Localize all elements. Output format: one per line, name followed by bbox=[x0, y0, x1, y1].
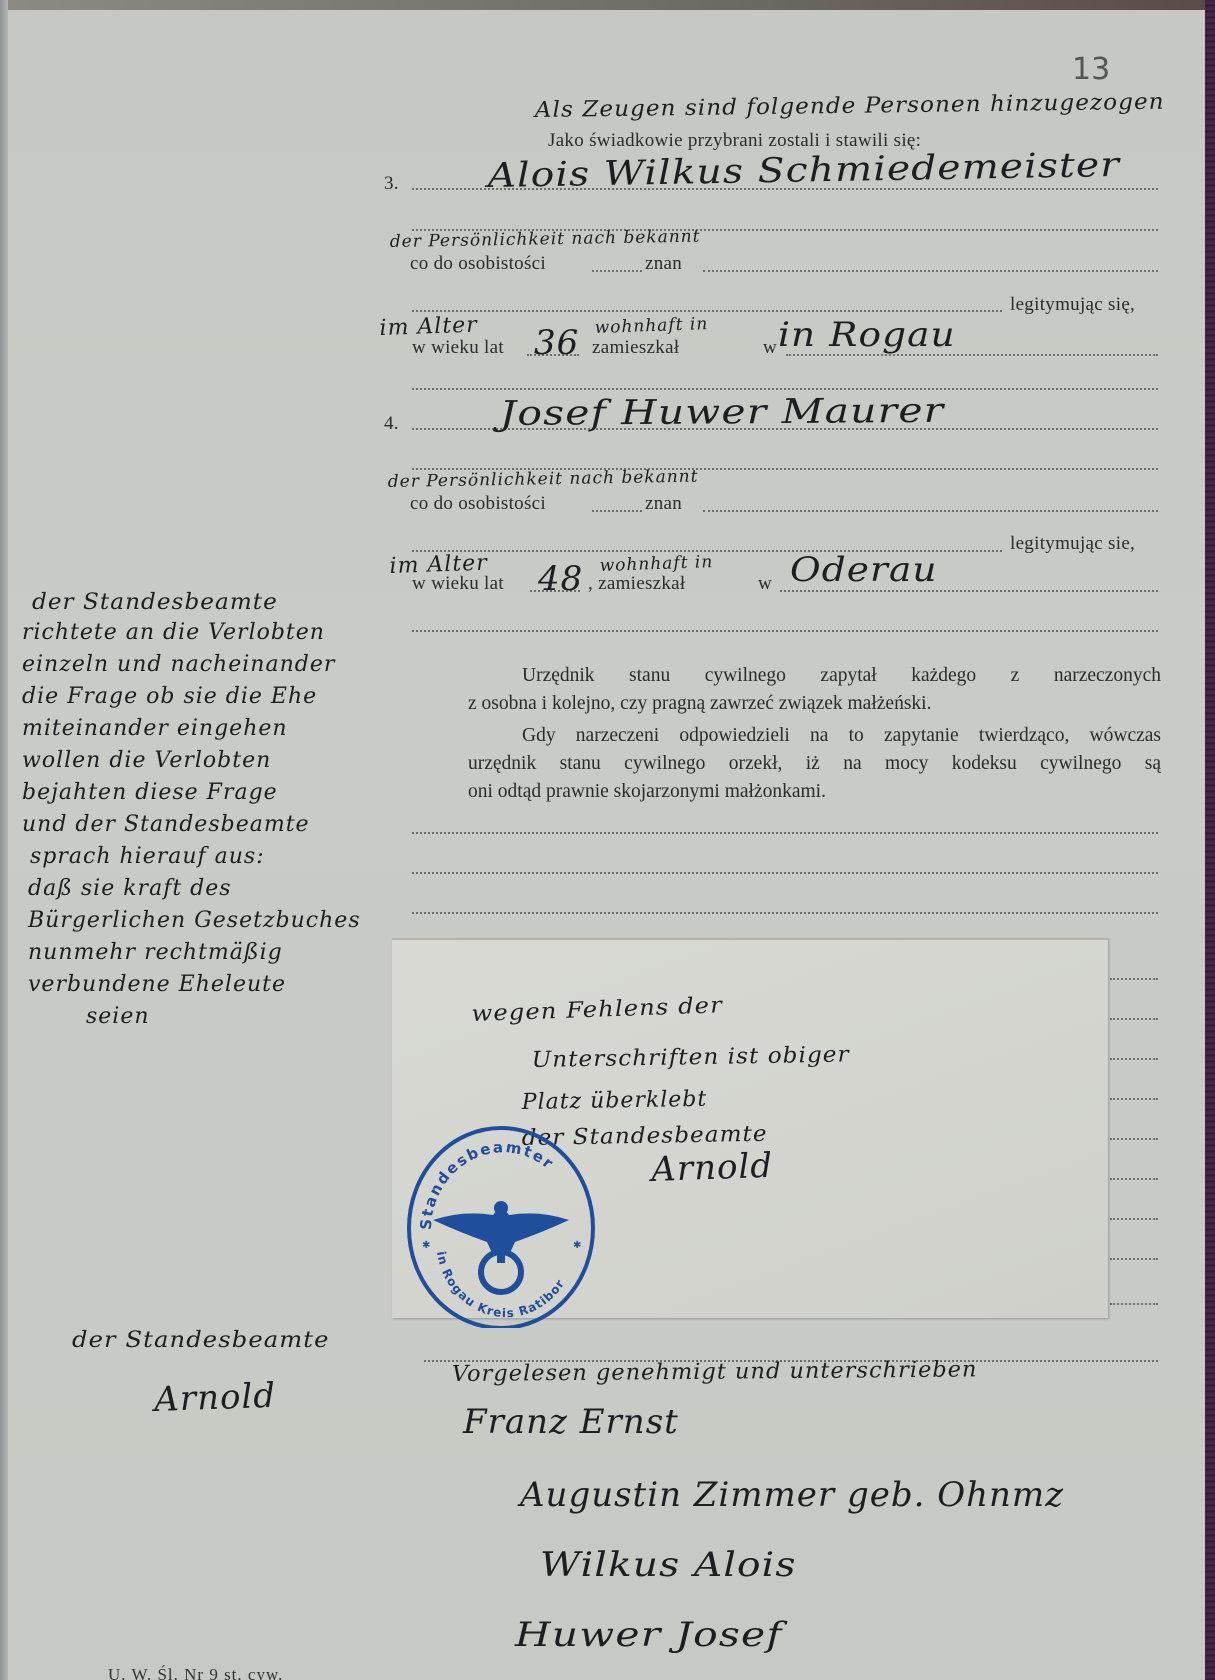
witness-3-place: in Rogau bbox=[778, 315, 956, 355]
page-top-edge bbox=[0, 0, 1215, 10]
witness-3-number: 3. bbox=[384, 173, 399, 195]
blank-line bbox=[1110, 1138, 1158, 1140]
paragraph-line: Gdy narzeczeni odpowiedzieli na to zapyt… bbox=[468, 722, 1161, 750]
paragraph-line: Urzędnik stanu cywilnego zapytał każdego… bbox=[468, 662, 1161, 690]
margin-note-line: bejahten diese Frage bbox=[22, 780, 278, 805]
witness-3-identity-label: co do osobistości bbox=[410, 253, 546, 275]
paragraph-line: oni odtąd prawnie skojarzonymi małżonkam… bbox=[468, 778, 1161, 806]
witness-4-identity-label: co do osobistości bbox=[410, 493, 546, 515]
margin-note-line: die Frage ob sie die Ehe bbox=[22, 684, 317, 709]
official-title: der Standesbeamte bbox=[72, 1328, 330, 1353]
register-page: 13 Als Zeugen sind folgende Personen hin… bbox=[0, 10, 1207, 1680]
blank-line bbox=[1110, 1218, 1158, 1220]
witness-3-in-label: w bbox=[763, 337, 777, 359]
margin-note-line: und der Standesbeamte bbox=[22, 812, 310, 837]
printed-paragraph-2: Gdy narzeczeni odpowiedzieli na to zapyt… bbox=[468, 722, 1161, 806]
paragraph-line: urzędnik stanu cywilnego orzekł, iż na m… bbox=[468, 750, 1161, 778]
blank-line bbox=[412, 872, 1158, 874]
witness-3-residence-handwritten: wohnhaft in bbox=[594, 314, 708, 338]
printed-paragraph-1: Urzędnik stanu cywilnego zapytał każdego… bbox=[468, 662, 1161, 718]
svg-text:✱: ✱ bbox=[422, 1240, 430, 1251]
book-binding bbox=[1205, 0, 1215, 1680]
slip-line: Platz überklebt bbox=[522, 1087, 708, 1115]
margin-note-line: daß sie kraft des bbox=[28, 876, 232, 901]
read-approved-note: Vorgelesen genehmigt und unterschrieben bbox=[452, 1357, 978, 1387]
signature-1: Franz Ernst bbox=[463, 1402, 679, 1442]
signature-2: Augustin Zimmer geb. Ohnmz bbox=[520, 1475, 1064, 1515]
witness-4-in-label: w bbox=[758, 573, 772, 595]
slip-line: Unterschriften ist obiger bbox=[532, 1042, 850, 1073]
margin-note-line: einzeln und nacheinander bbox=[22, 652, 335, 677]
witness-4-age-label: w wieku lat bbox=[412, 573, 504, 595]
witness-4-identity-dots bbox=[592, 510, 642, 512]
witness-4-end-line bbox=[412, 630, 1158, 632]
witness-4-number: 4. bbox=[384, 413, 399, 435]
margin-note-line: miteinander eingehen bbox=[22, 716, 288, 741]
blank-line bbox=[412, 832, 1158, 834]
witness-4-place: Oderau bbox=[790, 550, 938, 590]
svg-text:✱: ✱ bbox=[573, 1240, 581, 1251]
witness-4-age-value: 48 bbox=[538, 559, 583, 599]
witness-3-identity-dots bbox=[592, 270, 642, 272]
blank-line bbox=[1110, 1303, 1158, 1305]
witness-3-known-label: znan bbox=[645, 253, 682, 275]
blank-line bbox=[1110, 1058, 1158, 1060]
official-stamp: Standesbeamter in Rogau Kreis Ratibor ✱ … bbox=[403, 1120, 599, 1328]
witness-3-age-value: 36 bbox=[534, 323, 579, 363]
form-code: U. W. Śl. Nr 9 st. cyw. bbox=[108, 1665, 283, 1680]
blank-line bbox=[1110, 1018, 1158, 1020]
witness-3-residence-label: zamieszkał bbox=[592, 337, 679, 359]
margin-note-line: richtete an die Verlobten bbox=[22, 620, 325, 645]
signature-3: Wilkus Alois bbox=[540, 1545, 797, 1585]
witness-4-legit-label: legitymując sie, bbox=[1010, 533, 1135, 555]
margin-note-line: Bürgerlichen Gesetzbuches bbox=[28, 908, 361, 933]
witness-3-identity-handwritten: der Persönlichkeit nach bekannt bbox=[390, 227, 701, 252]
margin-note-line: verbundene Eheleute bbox=[28, 972, 286, 997]
witness-4-place-line bbox=[780, 590, 1158, 592]
paragraph-line: z osobna i kolejno, czy pragną zawrzeć z… bbox=[468, 690, 1161, 718]
margin-note-line: sprach hierauf aus: bbox=[30, 844, 265, 869]
margin-note-line: wollen die Verlobten bbox=[22, 748, 271, 773]
margin-note-line: nunmehr rechtmäßig bbox=[28, 940, 283, 965]
header-handwritten-german: Als Zeugen sind folgende Personen hinzug… bbox=[535, 90, 1165, 123]
witness-3-legit-line bbox=[412, 310, 1002, 312]
blank-line bbox=[1110, 1178, 1158, 1180]
witness-4-name: Josef Huwer Maurer bbox=[500, 391, 945, 434]
blank-line bbox=[1110, 1098, 1158, 1100]
left-page-edge bbox=[0, 0, 8, 1680]
margin-note-line: seien bbox=[86, 1004, 150, 1029]
witness-3-end-line bbox=[412, 388, 1158, 390]
margin-note-line: der Standesbeamte bbox=[32, 590, 278, 615]
witness-4-known-label: znan bbox=[645, 493, 682, 515]
witness-4-identity-line bbox=[703, 510, 1158, 512]
witness-3-legit-label: legitymując się, bbox=[1010, 294, 1135, 316]
blank-line bbox=[1110, 978, 1158, 980]
page-number: 13 bbox=[1072, 52, 1110, 87]
official-signature: Arnold bbox=[154, 1376, 277, 1420]
blank-line bbox=[1110, 1258, 1158, 1260]
slip-line: wegen Fehlens der bbox=[471, 993, 723, 1027]
slip-signature: Arnold bbox=[651, 1146, 774, 1190]
signature-4: Huwer Josef bbox=[515, 1615, 783, 1655]
witness-4-residence-label: , zamieszkał bbox=[588, 573, 686, 595]
witness-3-identity-line bbox=[703, 270, 1158, 272]
blank-line bbox=[412, 912, 1158, 914]
witness-4-identity-handwritten: der Persönlichkeit nach bekannt bbox=[388, 467, 699, 492]
witness-3-age-label: w wieku lat bbox=[412, 337, 504, 359]
